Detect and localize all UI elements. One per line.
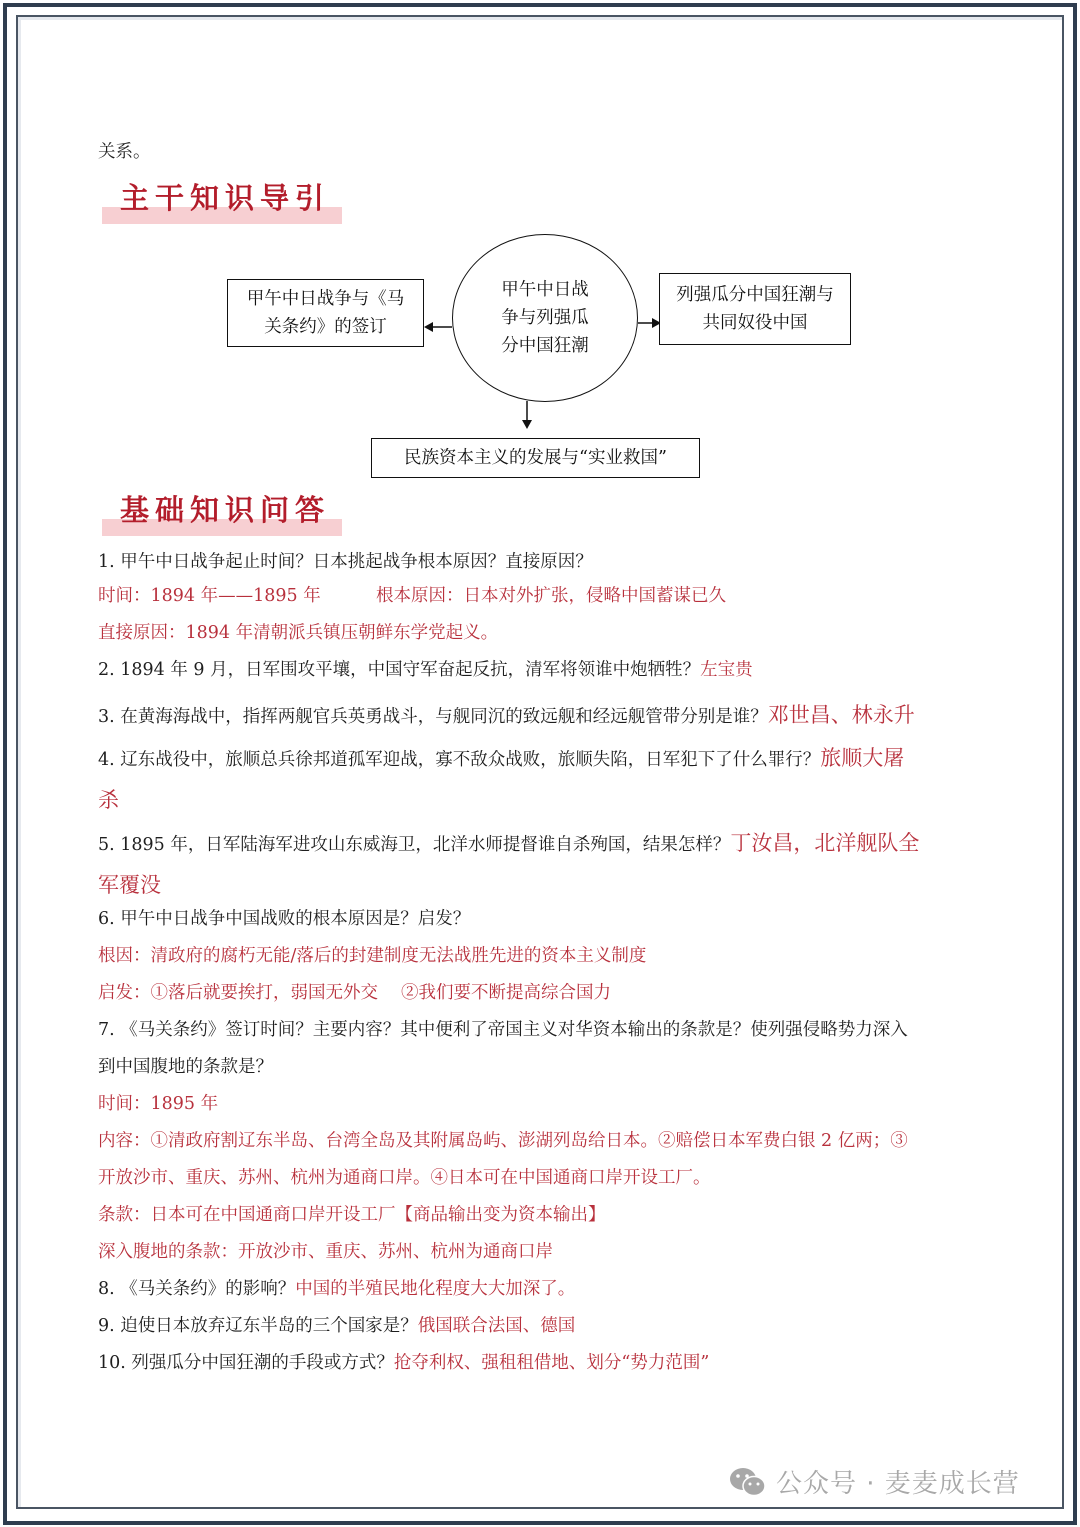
question-9: 9. 迫使日本放弃辽东半岛的三个国家是？ <box>98 1316 418 1336</box>
answer-6-root: 根因：清政府的腐朽无能/落后的封建制度无法战胜先进的资本主义制度 <box>98 944 646 968</box>
question-5: 5. 1895 年，日军陆海军进攻山东威海卫，北洋水师提督谁自杀殉国，结果怎样？ <box>98 835 730 855</box>
answer-1-direct-cause: 直接原因：1894 年清朝派兵镇压朝鲜东学党起义。 <box>98 621 498 645</box>
question-7-line-2: 到中国腹地的条款是？ <box>98 1055 273 1079</box>
diagram-center-text: 甲午中日战争与列强瓜分中国狂潮 <box>493 276 597 360</box>
diagram-right-box: 列强瓜分中国狂潮与共同奴役中国 <box>659 273 851 345</box>
wechat-icon <box>728 1466 768 1498</box>
question-4: 4. 辽东战役中，旅顺总兵徐邦道孤军迎战，寡不敌众战败，旅顺失陷，日军犯下了什么… <box>98 750 820 770</box>
arrow-left-icon <box>424 322 433 332</box>
qa-item-10: 10. 列强瓜分中国狂潮的手段或方式？抢夺利权、强租租借地、划分“势力范围” <box>98 1351 709 1375</box>
answer-2: 左宝贵 <box>700 660 753 680</box>
watermark-text: 公众号 · 麦麦成长营 <box>776 1463 1020 1500</box>
answer-5-part-a: 丁汝昌，北洋舰队全 <box>730 831 919 855</box>
qa-item-8: 8. 《马关条约》的影响？中国的半殖民地化程度大大加深了。 <box>98 1277 575 1301</box>
question-2: 2. 1894 年 9 月，日军围攻平壤，中国守军奋起反抗，清军将领谁中炮牺牲？ <box>98 660 700 680</box>
answer-4-part-a: 旅顺大屠 <box>820 746 904 770</box>
qa-item-3: 3. 在黄海海战中，指挥两舰官兵英勇战斗，与舰同沉的致远舰和经远舰管带分别是谁？… <box>98 703 915 729</box>
qa-item-2: 2. 1894 年 9 月，日军围攻平壤，中国守军奋起反抗，清军将领谁中炮牺牲？… <box>98 658 753 682</box>
diagram-bottom-box: 民族资本主义的发展与“实业救国” <box>371 438 700 478</box>
diagram-left-text: 甲午中日战争与《马关条约》的签订 <box>242 285 409 341</box>
question-10: 10. 列强瓜分中国狂潮的手段或方式？ <box>98 1353 394 1373</box>
section-title: 基础知识问答 <box>120 492 330 528</box>
answer-9: 俄国联合法国、德国 <box>418 1316 576 1336</box>
question-3: 3. 在黄海海战中，指挥两舰官兵英勇战斗，与舰同沉的致远舰和经远舰管带分别是谁？ <box>98 707 768 727</box>
question-1: 1. 甲午中日战争起止时间？日本挑起战争根本原因？直接原因？ <box>98 550 593 574</box>
answer-1-root-cause: 根本原因：日本对外扩张，侵略中国蓄谋已久 <box>376 584 726 608</box>
answer-6-lesson: 启发：①落后就要挨打，弱国无外交 ②我们要不断提高综合国力 <box>98 981 611 1005</box>
arrow-down-icon <box>522 420 532 429</box>
diagram-center-circle: 甲午中日战争与列强瓜分中国狂潮 <box>452 234 638 402</box>
question-6: 6. 甲午中日战争中国战败的根本原因是？启发？ <box>98 907 470 931</box>
answer-7-time: 时间：1895 年 <box>98 1092 218 1116</box>
qa-item-4: 4. 辽东战役中，旅顺总兵徐邦道孤军迎战，寡不敌众战败，旅顺失陷，日军犯下了什么… <box>98 746 904 772</box>
answer-8: 中国的半殖民地化程度大大加深了。 <box>295 1279 575 1299</box>
answer-7-inland-clause: 深入腹地的条款：开放沙市、重庆、苏州、杭州为通商口岸 <box>98 1240 553 1264</box>
answer-4-part-b: 杀 <box>98 788 119 812</box>
wechat-watermark: 公众号 · 麦麦成长营 <box>728 1463 1020 1500</box>
diagram-right-text: 列强瓜分中国狂潮与共同奴役中国 <box>674 281 836 337</box>
qa-item-5: 5. 1895 年，日军陆海军进攻山东威海卫，北洋水师提督谁自杀殉国，结果怎样？… <box>98 831 919 857</box>
diagram-bottom-text: 民族资本主义的发展与“实业救国” <box>404 444 667 472</box>
answer-7-clause: 条款：日本可在中国通商口岸开设工厂【商品输出变为资本输出】 <box>98 1203 606 1227</box>
qa-item-9: 9. 迫使日本放弃辽东半岛的三个国家是？俄国联合法国、德国 <box>98 1314 575 1338</box>
question-8: 8. 《马关条约》的影响？ <box>98 1279 295 1299</box>
question-7-line-1: 7. 《马关条约》签订时间？主要内容？其中便利了帝国主义对华资本输出的条款是？使… <box>98 1018 908 1042</box>
answer-7-content-line-1: 内容：①清政府割辽东半岛、台湾全岛及其附属岛屿、澎湖列岛给日本。②赔偿日本军费白… <box>98 1129 908 1153</box>
answer-10: 抢夺利权、强租租借地、划分“势力范围” <box>394 1353 709 1373</box>
answer-1-time: 时间：1894 年——1895 年 <box>98 584 321 608</box>
answer-7-content-line-2: 开放沙市、重庆、苏州、杭州为通商口岸。④日本可在中国通商口岸开设工厂。 <box>98 1166 711 1190</box>
answer-3: 邓世昌、林永升 <box>768 703 915 727</box>
section-heading-basic-qa: 基础知识问答 <box>102 492 347 536</box>
answer-5-part-b: 军覆没 <box>98 873 161 897</box>
diagram-left-box: 甲午中日战争与《马关条约》的签订 <box>227 279 424 347</box>
